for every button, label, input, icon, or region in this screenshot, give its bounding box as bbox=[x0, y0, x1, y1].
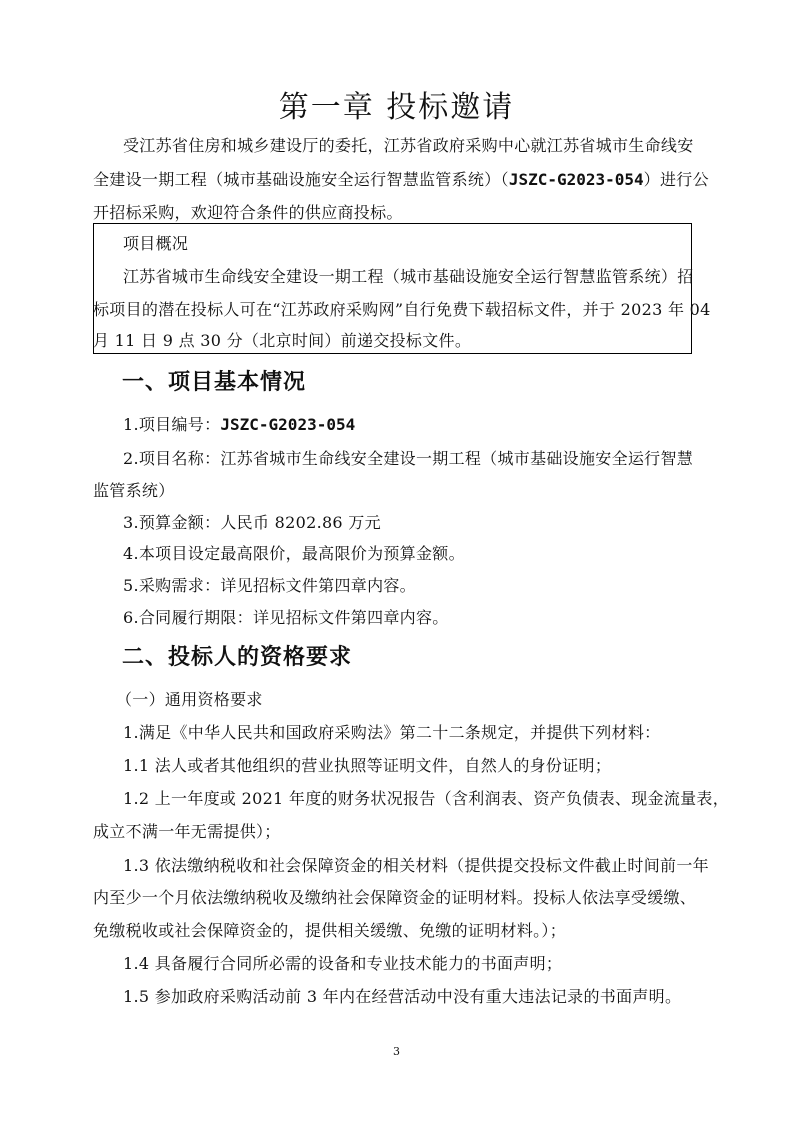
project-code-label: 1.项目编号： bbox=[123, 415, 220, 434]
project-code-value: JSZC-G2023-054 bbox=[220, 415, 355, 434]
document-page: 第一章 投标邀请 受江苏省住房和城乡建设厅的委托，江苏省政府采购中心就江苏省城市… bbox=[0, 0, 793, 1122]
section-2-subheading: （一）通用资格要求 bbox=[116, 689, 721, 711]
section-1-item-2-cont: 监管系统） bbox=[93, 480, 698, 502]
page-number: 3 bbox=[0, 1045, 793, 1059]
overview-line-3: 月 11 日 9 点 30 分（北京时间）前递交投标文件。 bbox=[93, 330, 698, 352]
section-2-item-1-3-cont-2: 免缴税收或社会保障资金的，提供相关缓缴、免缴的证明材料。）； bbox=[93, 920, 698, 942]
section-2-item-1-3: 1.3 依法缴纳税收和社会保障资金的相关材料（提供提交投标文件截止时间前一年 bbox=[123, 855, 728, 877]
overview-line-2: 标项目的潜在投标人可在“江苏政府采购网”自行免费下载招标文件，并于 2023 年… bbox=[93, 299, 698, 321]
section-1-heading: 一、项目基本情况 bbox=[122, 368, 306, 398]
intro-line-1: 受江苏省住房和城乡建设厅的委托，江苏省政府采购中心就江苏省城市生命线安 bbox=[123, 135, 728, 157]
intro-line-3: 开招标采购，欢迎符合条件的供应商投标。 bbox=[93, 202, 698, 224]
section-1-item-5: 5.采购需求：详见招标文件第四章内容。 bbox=[123, 575, 728, 597]
section-1-item-2: 2.项目名称：江苏省城市生命线安全建设一期工程（城市基础设施安全运行智慧 bbox=[123, 448, 728, 470]
section-1-item-3: 3.预算金额：人民币 8202.86 万元 bbox=[123, 512, 728, 534]
section-1-item-6: 6.合同履行期限：详见招标文件第四章内容。 bbox=[123, 607, 728, 629]
section-1-item-1: 1.项目编号：JSZC-G2023-054 bbox=[123, 414, 728, 436]
section-2-item-1-5: 1.5 参加政府采购活动前 3 年内在经营活动中没有重大违法记录的书面声明。 bbox=[123, 986, 728, 1008]
project-code-inline: JSZC-G2023-054 bbox=[509, 170, 644, 189]
overview-title: 项目概况 bbox=[123, 233, 728, 255]
section-2-item-1-1: 1.1 法人或者其他组织的营业执照等证明文件，自然人的身份证明； bbox=[123, 755, 728, 777]
section-2-item-1-2-cont: 成立不满一年无需提供）； bbox=[93, 821, 698, 843]
section-2-item-1-4: 1.4 具备履行合同所必需的设备和专业技术能力的书面声明； bbox=[123, 953, 728, 975]
overview-line-1: 江苏省城市生命线安全建设一期工程（城市基础设施安全运行智慧监管系统）招 bbox=[123, 266, 728, 288]
chapter-title: 第一章 投标邀请 bbox=[0, 88, 793, 128]
section-2-heading: 二、投标人的资格要求 bbox=[122, 643, 352, 673]
section-2-item-1-2: 1.2 上一年度或 2021 年度的财务状况报告（含利润表、资产负债表、现金流量… bbox=[123, 788, 728, 810]
section-2-item-1-3-cont-1: 内至少一个月依法缴纳税收及缴纳社会保障资金的证明材料。投标人依法享受缓缴、 bbox=[93, 887, 698, 909]
intro-line-2-text: 全建设一期工程（城市基础设施安全运行智慧监管系统）（ bbox=[93, 170, 509, 189]
section-1-item-4: 4.本项目设定最高限价，最高限价为预算金额。 bbox=[123, 543, 728, 565]
intro-line-2-tail: ）进行公 bbox=[644, 170, 709, 189]
intro-line-2: 全建设一期工程（城市基础设施安全运行智慧监管系统）（JSZC-G2023-054… bbox=[93, 169, 698, 191]
section-2-item-1: 1.满足《中华人民共和国政府采购法》第二十二条规定，并提供下列材料： bbox=[123, 722, 728, 744]
